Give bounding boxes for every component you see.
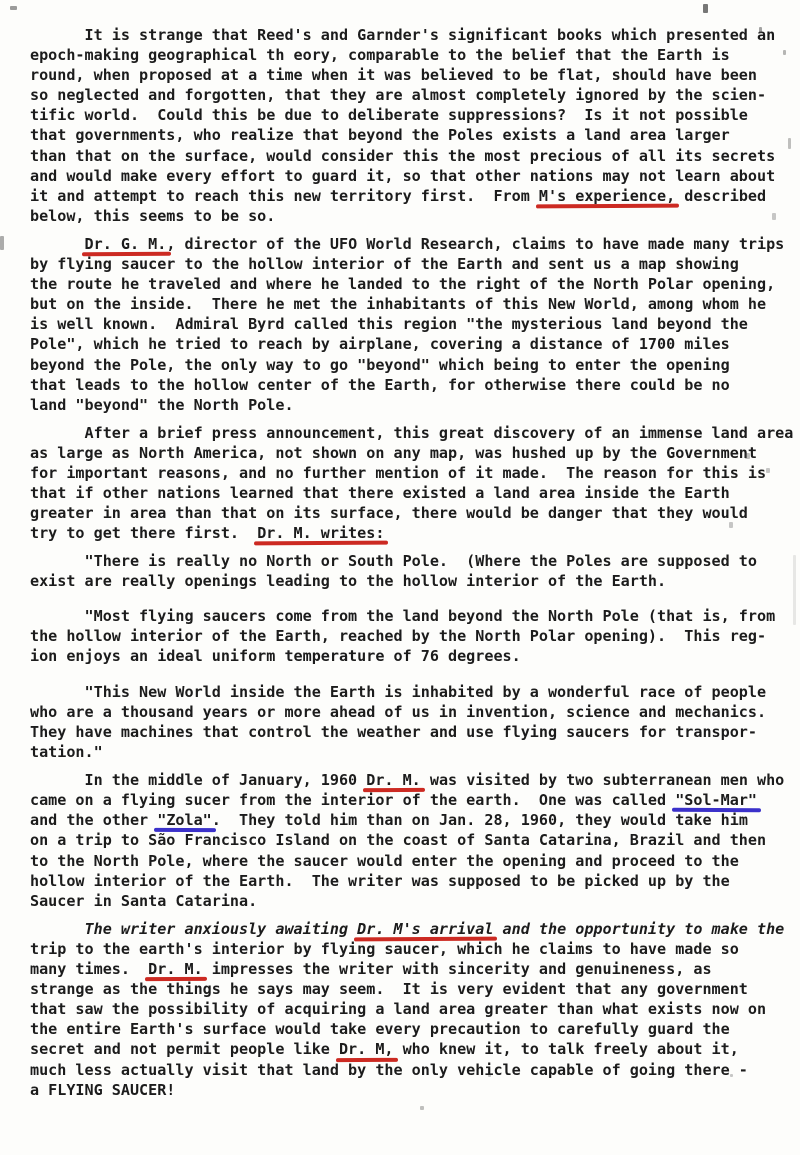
scan-artifact: [10, 6, 17, 10]
text-line: that leads to the hollow center of the E…: [30, 375, 782, 395]
text-segment: After a brief press announcement, this g…: [30, 423, 793, 443]
text-segment: . They told him than on Jan. 28, 1960, t…: [212, 810, 748, 830]
red-underlined-text: Dr. M's arrival: [357, 919, 493, 939]
red-underlined-text: Dr. M. writes:: [257, 523, 384, 543]
paragraph: After a brief press announcement, this g…: [30, 423, 782, 544]
text-segment: secret and not permit people like: [30, 1039, 339, 1059]
paragraph: "Most flying saucers come from the land …: [30, 606, 782, 666]
red-underlined-text: Dr. G. M.: [85, 234, 167, 254]
text-line: "There is really no North or South Pole.…: [30, 551, 782, 571]
text-segment: epoch-making geographical th eory, compa…: [30, 45, 730, 65]
text-line: The writer anxiously awaiting Dr. M's ar…: [30, 919, 782, 939]
text-line: a FLYING SAUCER!: [30, 1080, 782, 1100]
text-segment: Pole", which he tried to reach by airpla…: [30, 334, 730, 354]
text-segment: described: [675, 186, 766, 206]
paragraph: It is strange that Reed's and Garnder's …: [30, 25, 782, 226]
text-segment: was visited by two subterranean men who: [421, 770, 785, 790]
text-segment: beyond the Pole, the only way to go "bey…: [30, 355, 730, 375]
text-segment: for important reasons, and no further me…: [30, 463, 766, 483]
text-segment: "This New World inside the Earth is inha…: [30, 682, 766, 702]
text-line: "This New World inside the Earth is inha…: [30, 682, 782, 702]
text-segment: and the opportunity to make the: [493, 919, 784, 939]
document-body: It is strange that Reed's and Garnder's …: [30, 25, 782, 1108]
text-line: that if other nations learned that there…: [30, 483, 782, 503]
text-line: Saucer in Santa Catarina.: [30, 891, 782, 911]
text-segment: "Most flying saucers come from the land …: [30, 606, 775, 626]
paragraph: In the middle of January, 1960 Dr. M. wa…: [30, 770, 782, 911]
text-segment: it and attempt to reach this new territo…: [30, 186, 539, 206]
text-segment: the hollow interior of the Earth, reache…: [30, 626, 766, 646]
text-segment: and would make every effort to guard it,…: [30, 166, 775, 186]
text-segment: came on a flying sucer from the interior…: [30, 790, 675, 810]
paragraph: The writer anxiously awaiting Dr. M's ar…: [30, 919, 782, 1100]
red-underlined-text: M's experience,: [539, 186, 675, 206]
text-line: In the middle of January, 1960 Dr. M. wa…: [30, 770, 782, 790]
text-line: the hollow interior of the Earth, reache…: [30, 626, 782, 646]
text-line: by flying saucer to the hollow interior …: [30, 254, 782, 274]
text-line: on a trip to São Francisco Island on the…: [30, 830, 782, 850]
scan-artifact: [783, 50, 786, 55]
text-line: as large as North America, not shown on …: [30, 443, 782, 463]
text-line: below, this seems to be so.: [30, 206, 782, 226]
text-line: greater in area than that on its surface…: [30, 503, 782, 523]
text-segment: , director of the UFO World Research, cl…: [166, 234, 784, 254]
text-line: epoch-making geographical th eory, compa…: [30, 45, 782, 65]
scanned-document-page: It is strange that Reed's and Garnder's …: [0, 0, 800, 1155]
red-underlined-text: Dr. M.: [148, 959, 203, 979]
scan-artifact: [703, 4, 708, 13]
text-segment: that leads to the hollow center of the E…: [30, 375, 730, 395]
text-segment: that governments, who realize that beyon…: [30, 125, 730, 145]
text-line: it and attempt to reach this new territo…: [30, 186, 782, 206]
text-line: hollow interior of the Earth. The writer…: [30, 871, 782, 891]
text-segment: Saucer in Santa Catarina.: [30, 891, 257, 911]
text-line: that saw the possibility of acquiring a …: [30, 999, 782, 1019]
text-segment: a FLYING SAUCER!: [30, 1080, 175, 1100]
text-line: Pole", which he tried to reach by airpla…: [30, 334, 782, 354]
text-segment: as large as North America, not shown on …: [30, 443, 757, 463]
text-segment: is well known. Admiral Byrd called this …: [30, 314, 748, 334]
text-segment: ion enjoys an ideal uniform temperature …: [30, 646, 521, 666]
text-segment: by flying saucer to the hollow interior …: [30, 254, 739, 274]
text-line: much less actually visit that land by th…: [30, 1060, 782, 1080]
text-line: round, when proposed at a time when it w…: [30, 65, 782, 85]
text-line: but on the inside. There he met the inha…: [30, 294, 782, 314]
text-line: so neglected and forgotten, that they ar…: [30, 85, 782, 105]
text-segment: below, this seems to be so.: [30, 206, 275, 226]
paragraph: "This New World inside the Earth is inha…: [30, 682, 782, 762]
text-segment: land "beyond" the North Pole.: [30, 395, 294, 415]
text-line: It is strange that Reed's and Garnder's …: [30, 25, 782, 45]
text-segment: trip to the earth's interior by flying s…: [30, 939, 739, 959]
text-line: exist are really openings leading to the…: [30, 571, 782, 591]
text-segment: [30, 234, 85, 254]
text-line: ion enjoys an ideal uniform temperature …: [30, 646, 782, 666]
text-line: to the North Pole, where the saucer woul…: [30, 851, 782, 871]
text-line: who are a thousand years or more ahead o…: [30, 702, 782, 722]
text-line: Dr. G. M., director of the UFO World Res…: [30, 234, 782, 254]
paragraph: Dr. G. M., director of the UFO World Res…: [30, 234, 782, 415]
red-underlined-text: Dr. M.: [366, 770, 421, 790]
text-segment: but on the inside. There he met the inha…: [30, 294, 766, 314]
text-segment: hollow interior of the Earth. The writer…: [30, 871, 730, 891]
text-segment: greater in area than that on its surface…: [30, 503, 748, 523]
text-segment: The writer anxiously awaiting: [30, 919, 357, 939]
text-segment: try to get there first.: [30, 523, 257, 543]
text-line: than that on the surface, would consider…: [30, 146, 782, 166]
text-segment: strange as the things he says may seem. …: [30, 979, 748, 999]
text-line: "Most flying saucers come from the land …: [30, 606, 782, 626]
text-line: tation.": [30, 742, 782, 762]
text-line: tific world. Could this be due to delibe…: [30, 105, 782, 125]
scan-artifact: [788, 138, 791, 149]
text-segment: that if other nations learned that there…: [30, 483, 730, 503]
text-line: that governments, who realize that beyon…: [30, 125, 782, 145]
text-segment: much less actually visit that land by th…: [30, 1060, 748, 1080]
text-line: strange as the things he says may seem. …: [30, 979, 782, 999]
text-segment: on a trip to São Francisco Island on the…: [30, 830, 766, 850]
text-segment: "There is really no North or South Pole.…: [30, 551, 757, 571]
scan-artifact: [0, 236, 4, 250]
text-segment: the route he traveled and where he lande…: [30, 274, 775, 294]
text-line: They have machines that control the weat…: [30, 722, 782, 742]
text-line: came on a flying sucer from the interior…: [30, 790, 782, 810]
text-line: After a brief press announcement, this g…: [30, 423, 782, 443]
text-segment: and the other: [30, 810, 157, 830]
text-segment: many times.: [30, 959, 148, 979]
blue-underlined-text: "Zola": [157, 810, 212, 830]
text-segment: It is strange that Reed's and Garnder's …: [30, 25, 775, 45]
text-line: beyond the Pole, the only way to go "bey…: [30, 355, 782, 375]
text-segment: In the middle of January, 1960: [30, 770, 366, 790]
red-underlined-text: Dr. M,: [339, 1039, 394, 1059]
text-line: try to get there first. Dr. M. writes:: [30, 523, 782, 543]
paragraph: "There is really no North or South Pole.…: [30, 551, 782, 591]
text-segment: than that on the surface, would consider…: [30, 146, 775, 166]
text-segment: who are a thousand years or more ahead o…: [30, 702, 766, 722]
blue-underlined-text: "Sol-Mar": [675, 790, 757, 810]
text-segment: exist are really openings leading to the…: [30, 571, 666, 591]
text-line: and the other "Zola". They told him than…: [30, 810, 782, 830]
text-line: and would make every effort to guard it,…: [30, 166, 782, 186]
text-segment: impresses the writer with sincerity and …: [203, 959, 712, 979]
scan-artifact: [793, 555, 796, 625]
text-line: trip to the earth's interior by flying s…: [30, 939, 782, 959]
text-segment: that saw the possibility of acquiring a …: [30, 999, 766, 1019]
text-line: the route he traveled and where he lande…: [30, 274, 782, 294]
text-segment: the entire Earth's surface would take ev…: [30, 1019, 730, 1039]
text-line: the entire Earth's surface would take ev…: [30, 1019, 782, 1039]
text-segment: They have machines that control the weat…: [30, 722, 757, 742]
text-line: is well known. Admiral Byrd called this …: [30, 314, 782, 334]
text-segment: tific world. Could this be due to delibe…: [30, 105, 748, 125]
text-segment: tation.": [30, 742, 103, 762]
text-line: land "beyond" the North Pole.: [30, 395, 782, 415]
text-segment: to the North Pole, where the saucer woul…: [30, 851, 739, 871]
text-line: for important reasons, and no further me…: [30, 463, 782, 483]
text-line: secret and not permit people like Dr. M,…: [30, 1039, 782, 1059]
text-line: many times. Dr. M. impresses the writer …: [30, 959, 782, 979]
text-segment: round, when proposed at a time when it w…: [30, 65, 757, 85]
text-segment: so neglected and forgotten, that they ar…: [30, 85, 766, 105]
text-segment: who knew it, to talk freely about it,: [394, 1039, 739, 1059]
